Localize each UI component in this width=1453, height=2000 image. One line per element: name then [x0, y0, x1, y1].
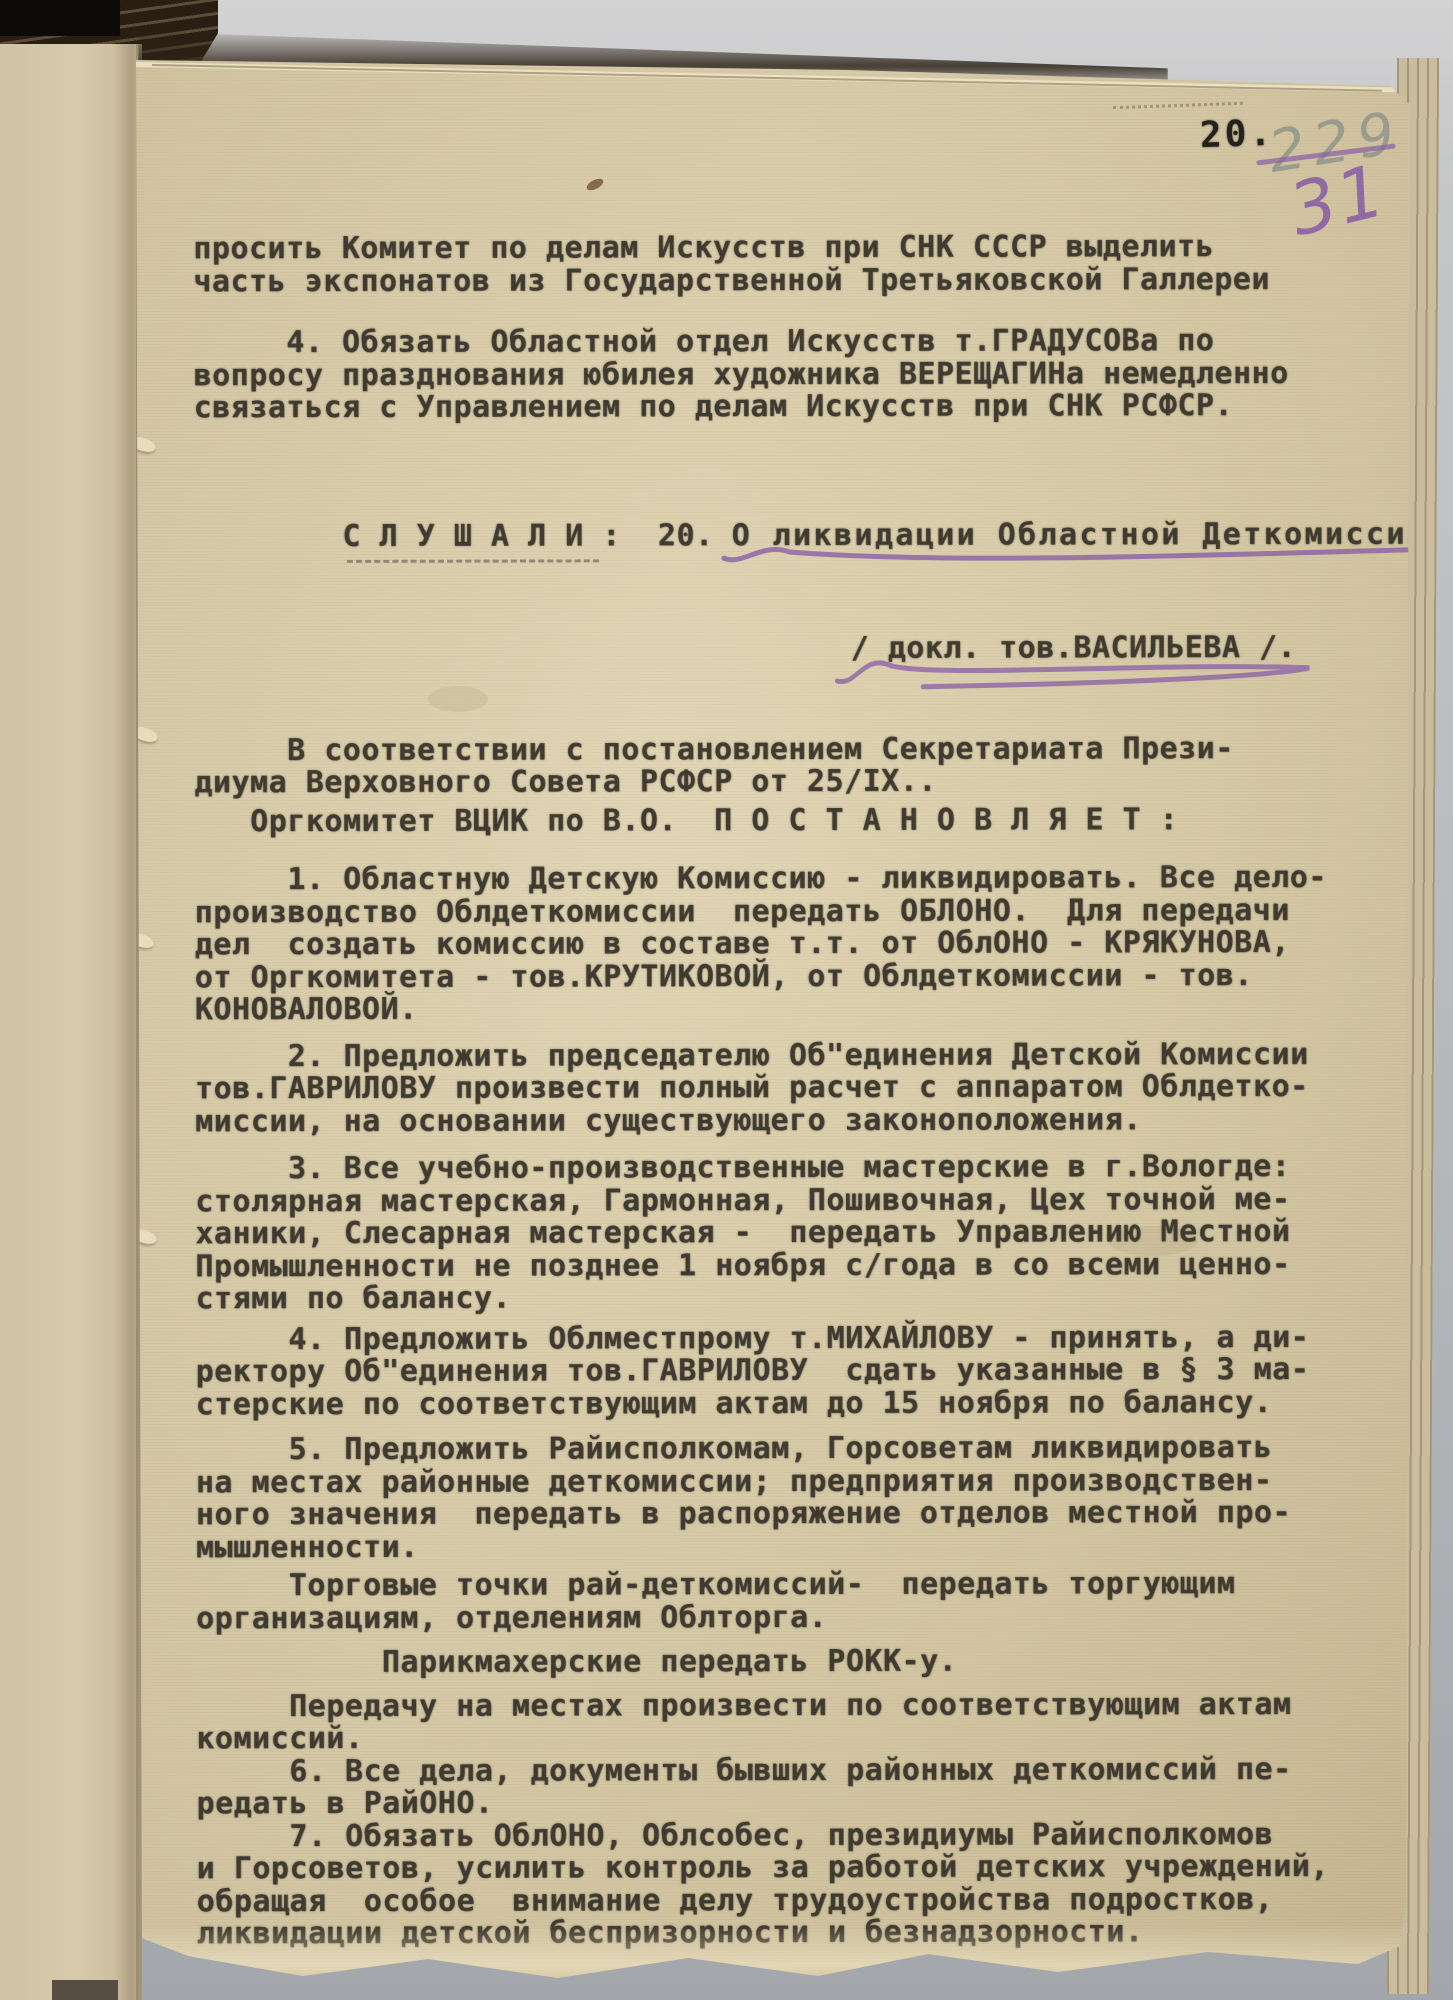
text-line: на местах районные деткомиссии; предприя…: [196, 1464, 1376, 1499]
text-line: часть экспонатов из Государственной Трет…: [193, 263, 1373, 298]
ink-stain: [585, 176, 605, 192]
text-line: и Горсоветов, усилить контроль за работо…: [197, 1851, 1377, 1886]
paragraph-resolves: Оргкомитет ВЦИК по В.О. П О С Т А Н О В …: [194, 803, 1374, 838]
paragraph-trade-points: Торговые точки рай-деткомиссий- передать…: [196, 1568, 1376, 1635]
text-line: 6. Все дела, документы бывших районных д…: [196, 1753, 1376, 1788]
paragraph-barbershops: Парикмахерские передать РОКК-у.: [196, 1645, 1376, 1680]
text-line: редать в РайОНО.: [196, 1786, 1376, 1821]
text-line: Передачу на местах произвести по соответ…: [196, 1688, 1376, 1723]
text-line: миссии, на основании существующего закон…: [195, 1103, 1375, 1138]
text-line: 2. Предложить председателю Об"единения Д…: [195, 1038, 1375, 1073]
text-line: 7. Обязать ОблОНО, Облсобес, президиумы …: [197, 1818, 1377, 1853]
text-line: Промышленности не позднее 1 ноября с/год…: [195, 1248, 1375, 1283]
text-line: Парикмахерские передать РОКК-у.: [196, 1645, 1376, 1680]
agenda-speaker-line: / докл. тов.ВАСИЛЬЕВА /.: [194, 599, 1374, 699]
text-line: 1. Областную Детскую Комиссию - ликвидир…: [195, 862, 1375, 897]
text-line: диума Верховного Совета РСФСР от 25/IX..: [194, 765, 1374, 800]
paragraph-item-6: 6. Все дела, документы бывших районных д…: [196, 1753, 1376, 1820]
text-line: В соответствии с постановлением Секретар…: [194, 732, 1374, 767]
text-line: ханики, Слесарная мастерская - передать …: [195, 1216, 1375, 1251]
paragraph-transfer-acts: Передачу на местах произвести по соответ…: [196, 1688, 1376, 1755]
text-line: КОНОВАЛОВОЙ.: [195, 992, 1375, 1027]
scan-canvas: 20. 229 31 просить Комитет по делам Иску…: [0, 0, 1453, 2000]
text-line: стерские по соответствующим актам до 15 …: [196, 1386, 1376, 1421]
text-line: Оргкомитет ВЦИК по В.О. П О С Т А Н О В …: [194, 803, 1374, 838]
document-page: 20. 229 31 просить Комитет по делам Иску…: [128, 46, 1412, 1998]
typewritten-text-column: просить Комитет по делам Искусств при СН…: [193, 231, 1377, 1951]
scanner-dark-corner: [0, 0, 120, 36]
text-line: производство Облдеткомиссии передать ОБЛ…: [195, 894, 1375, 929]
text-line: связаться с Управлением по делам Искусст…: [194, 390, 1374, 425]
text-line: Торговые точки рай-деткомиссий- передать…: [196, 1568, 1376, 1603]
paragraph-item-1: 1. Областную Детскую Комиссию - ликвидир…: [195, 862, 1375, 1027]
binding-fragment-bottom: [52, 1980, 118, 2000]
heading-subject: О ликвидации Областной Деткомиссии.: [732, 519, 1448, 553]
text-line: 5. Предложить Райисполкомам, Горсоветам …: [196, 1432, 1376, 1467]
torn-bottom-edge: [128, 1926, 1412, 1998]
text-line: ректору Об"единения тов.ГАВРИЛОВУ сдать …: [196, 1354, 1376, 1389]
text-line: 4. Предложить Облместпрому т.МИХАЙЛОВУ -…: [195, 1321, 1375, 1356]
text-line: 4. Обязать Областной отдел Искусств т.ГР…: [193, 325, 1373, 360]
text-line: 3. Все учебно-производственные мастерски…: [195, 1151, 1375, 1186]
text-line: комиссий.: [196, 1721, 1376, 1756]
paragraph-item-3: 3. Все учебно-производственные мастерски…: [195, 1151, 1375, 1316]
paragraph-continuation: просить Комитет по делам Искусств при СН…: [193, 231, 1373, 298]
text-line: вопросу празднования юбилея художника ВЕ…: [193, 357, 1373, 392]
text-line: дел создать комиссию в составе т.т. от О…: [195, 927, 1375, 962]
text-line: организациям, отделениям Облторга.: [196, 1600, 1376, 1635]
paragraph-item-4-arts: 4. Обязать Областной отдел Искусств т.ГР…: [193, 325, 1373, 425]
heading-slushali-label: С Л У Ш А Л И : 20.: [342, 520, 713, 553]
text-line: тов.ГАВРИЛОВУ произвести полный расчет с…: [195, 1071, 1375, 1106]
underlying-left-page: [0, 44, 142, 2000]
agenda-heading: С Л У Ш А Л И : 20.О ликвидации Областно…: [194, 486, 1374, 586]
speaker-label: / докл. тов.ВАСИЛЬЕВА /.: [851, 631, 1297, 664]
paragraph-item-4: 4. Предложить Облместпрому т.МИХАЙЛОВУ -…: [195, 1321, 1375, 1421]
text-line: обращая особое внимание делу трудоустрой…: [197, 1883, 1377, 1918]
paragraph-item-5: 5. Предложить Райисполкомам, Горсоветам …: [196, 1432, 1376, 1564]
paragraph-preamble: В соответствии с постановлением Секретар…: [194, 732, 1374, 799]
text-line: от Оргкомитета - тов.КРУТИКОВОЙ, от Облд…: [195, 959, 1375, 994]
faint-typed-dots: [1113, 102, 1243, 110]
text-line: просить Комитет по делам Искусств при СН…: [193, 231, 1373, 266]
paragraph-item-2: 2. Предложить председателю Об"единения Д…: [195, 1038, 1375, 1138]
text-line: столярная мастерская, Гармонная, Пошивоч…: [195, 1183, 1375, 1218]
text-line: ного значения передать в распоряжение от…: [196, 1497, 1376, 1532]
text-line: стями по балансу.: [195, 1281, 1375, 1316]
text-line: мышленности.: [196, 1529, 1376, 1564]
